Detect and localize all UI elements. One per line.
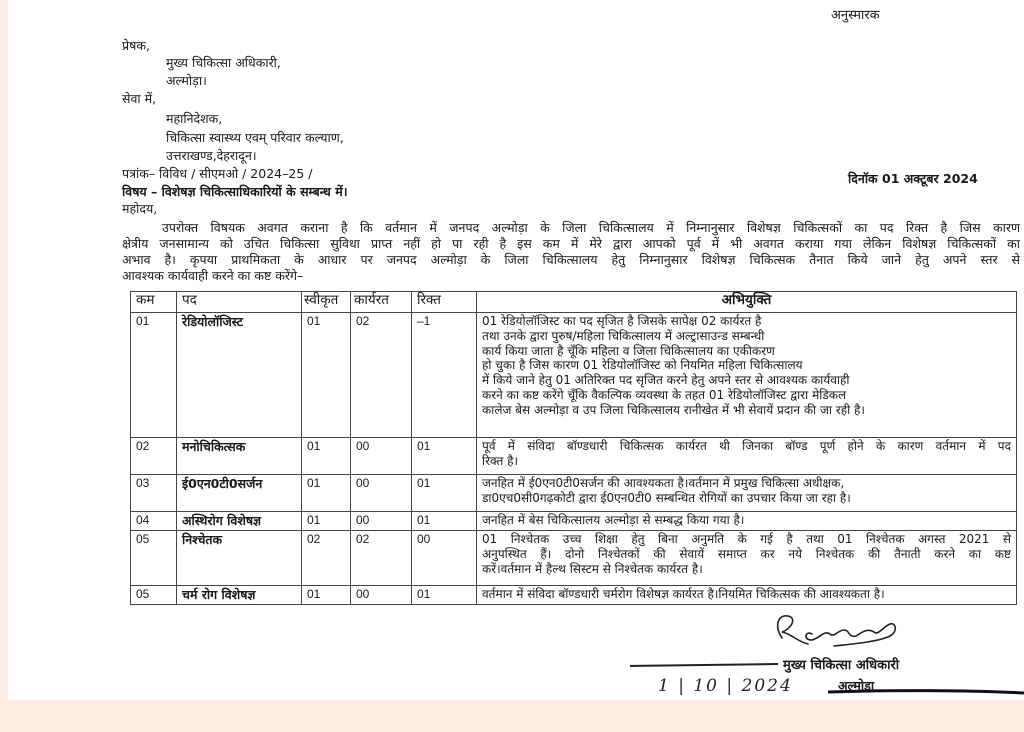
signatory-place: अल्मोड़ा — [838, 678, 874, 694]
cell-remarks: 01 निश्चेतक उच्च शिक्षा हेतु बिना अनुमति… — [477, 531, 1017, 586]
remark-line: अनुपस्थित हैं। दोनो निश्चेतकों की सेवाये… — [482, 547, 1011, 562]
remark-line: जनहित में ई0एन0टी0सर्जन की आवश्यकता है।व… — [482, 476, 1011, 491]
specialist-vacancy-table: कम पद स्वीकृत कार्यरत रिक्त अभियुक्ति 01… — [130, 291, 1017, 605]
cell-post: निश्चेतक — [177, 531, 302, 586]
sender-line-1: मुख्य चिकित्सा अधिकारी, — [166, 55, 281, 71]
remark-line: कार्य किया जाता है चूँकि महिला व जिला चि… — [482, 344, 1011, 359]
cell-working: 00 — [351, 512, 412, 531]
cell-working: 00 — [351, 438, 412, 475]
salutation: महोदय, — [122, 201, 157, 217]
cell-vacant: 01 — [412, 586, 477, 605]
cell-sanctioned: 01 — [302, 313, 351, 438]
recipient-line-3: उत्तराखण्ड,देहरादून। — [166, 148, 257, 164]
document-type-label: अनुस्मारक — [831, 8, 880, 24]
cell-working: 00 — [351, 475, 412, 512]
body-line-1: उपरोक्त विषयक अवगत कराना है कि वर्तमान म… — [122, 220, 1020, 236]
cell-working: 02 — [351, 531, 412, 586]
cell-working: 02 — [351, 313, 412, 438]
cell-remarks: जनहित में ई0एन0टी0सर्जन की आवश्यकता है।व… — [477, 475, 1017, 512]
remark-line: में किये जाने हेतु 01 अतिरिक्त पद सृजित … — [482, 373, 1011, 388]
cell-sanctioned: 01 — [302, 586, 351, 605]
cell-serial: 04 — [131, 512, 177, 531]
remark-line: करें।वर्तमान में हैल्थ सिस्टम से निश्चेत… — [482, 562, 1011, 577]
cell-sanctioned: 02 — [302, 531, 351, 586]
reference-number: पत्रांक– विविध / सीएमओ / 2024–25 / — [122, 166, 312, 182]
remark-line: डा0एच0सी0गढ़कोटी द्वारा ई0एन0टी0 सम्बन्ध… — [482, 491, 1011, 506]
recipient-line-2: चिकित्सा स्वास्थ्य एवम् परिवार कल्याण, — [166, 130, 344, 146]
sender-line-2: अल्मोड़ा। — [166, 73, 207, 89]
cell-post: रेडियोलॉजिस्ट — [177, 313, 302, 438]
body-line-3: अभाव है। कृपया प्राथमिकता के आधार पर जनप… — [122, 252, 1020, 268]
cell-vacant: 01 — [412, 438, 477, 475]
header-remarks: अभियुक्ति — [477, 292, 1017, 313]
cell-sanctioned: 01 — [302, 512, 351, 531]
remark-line: करने का कष्ट करेंगे चूँकि वैकल्पिक व्यवस… — [482, 388, 1011, 403]
cell-vacant: 01 — [412, 475, 477, 512]
table-row: 02मनोचिकित्सक010001पूर्व में संविदा बॉण्… — [131, 438, 1017, 475]
remark-line: वर्तमान में संविदा बॉण्डधारी चर्मरोग विश… — [482, 587, 1011, 602]
letter-date: दिनॉक 01 अक्टूबर 2024 — [848, 171, 978, 187]
cell-working: 00 — [351, 586, 412, 605]
body-line-4: आवश्यक कार्यवाही करने का कष्ट करेंगे– — [122, 268, 1020, 284]
signatory-designation: मुख्य चिकित्सा अधिकारी — [783, 658, 899, 674]
header-sanctioned: स्वीकृत — [302, 292, 351, 313]
cell-vacant: –1 — [412, 313, 477, 438]
cell-vacant: 01 — [412, 512, 477, 531]
cell-sanctioned: 01 — [302, 438, 351, 475]
subject-line: विषय – विशेषज्ञ चिकित्साधिकारियों के सम्… — [122, 184, 347, 200]
cell-vacant: 00 — [412, 531, 477, 586]
table-row: 05निश्चेतक02020001 निश्चेतक उच्च शिक्षा … — [131, 531, 1017, 586]
header-serial: कम — [131, 292, 177, 313]
table-row: 01रेडियोलॉजिस्ट0102–101 रेडियोलॉजिस्ट का… — [131, 313, 1017, 438]
remark-line: 01 रेडियोलॉजिस्ट का पद सृजित है जिसके सा… — [482, 314, 1011, 329]
table-row: 04अस्थिरोग विशेषज्ञ010001जनहित में बेस च… — [131, 512, 1017, 531]
cell-serial: 03 — [131, 475, 177, 512]
handwritten-date: 1 | 10 | 2024 — [658, 676, 793, 696]
signature-scribble — [768, 608, 928, 656]
remark-line: हो चुका है जिस कारण 01 रेडियोलॉजिस्ट को … — [482, 358, 1011, 373]
body-line-2: क्षेत्रीय जनसामान्य को उचित चिकित्सा सुव… — [122, 236, 1020, 252]
table-header-row: कम पद स्वीकृत कार्यरत रिक्त अभियुक्ति — [131, 292, 1017, 313]
cell-serial: 05 — [131, 531, 177, 586]
cell-post: चर्म रोग विशेषज्ञ — [177, 586, 302, 605]
cell-remarks: पूर्व में संविदा बॉण्डधारी चिकित्सक कार्… — [477, 438, 1017, 475]
remark-line: 01 निश्चेतक उच्च शिक्षा हेतु बिना अनुमति… — [482, 532, 1011, 547]
cell-sanctioned: 01 — [302, 475, 351, 512]
recipient-label: सेवा में, — [122, 91, 156, 107]
remark-line: तथा उनके द्वारा पुरुष/महिला चिकित्सालय म… — [482, 329, 1011, 344]
header-working: कार्यरत — [351, 292, 412, 313]
remark-line: पूर्व में संविदा बॉण्डधारी चिकित्सक कार्… — [482, 439, 1011, 454]
body-paragraph: उपरोक्त विषयक अवगत कराना है कि वर्तमान म… — [122, 220, 1020, 284]
recipient-line-1: महानिदेशक, — [166, 111, 222, 127]
table-row: 05चर्म रोग विशेषज्ञ010001वर्तमान में संव… — [131, 586, 1017, 605]
remark-line: जनहित में बेस चिकित्सालय अल्मोड़ा से सम्… — [482, 513, 1011, 528]
cell-remarks: 01 रेडियोलॉजिस्ट का पद सृजित है जिसके सा… — [477, 313, 1017, 438]
cell-post: अस्थिरोग विशेषज्ञ — [177, 512, 302, 531]
header-vacant: रिक्त — [412, 292, 477, 313]
cell-post: मनोचिकित्सक — [177, 438, 302, 475]
cell-serial: 02 — [131, 438, 177, 475]
remark-line: रिक्त है। — [482, 454, 1011, 469]
header-post: पद — [177, 292, 302, 313]
cell-serial: 05 — [131, 586, 177, 605]
remark-line: कालेज बेस अल्मोड़ा व उप जिला चिकित्सालय … — [482, 403, 1011, 418]
letter-page: अनुस्मारक प्रेषक, मुख्य चिकित्सा अधिकारी… — [8, 0, 1024, 700]
table-row: 03ई0एन0टी0सर्जन010001जनहित में ई0एन0टी0स… — [131, 475, 1017, 512]
cell-remarks: वर्तमान में संविदा बॉण्डधारी चर्मरोग विश… — [477, 586, 1017, 605]
sender-label: प्रेषक, — [122, 38, 150, 54]
cell-serial: 01 — [131, 313, 177, 438]
cell-post: ई0एन0टी0सर्जन — [177, 475, 302, 512]
cell-remarks: जनहित में बेस चिकित्सालय अल्मोड़ा से सम्… — [477, 512, 1017, 531]
